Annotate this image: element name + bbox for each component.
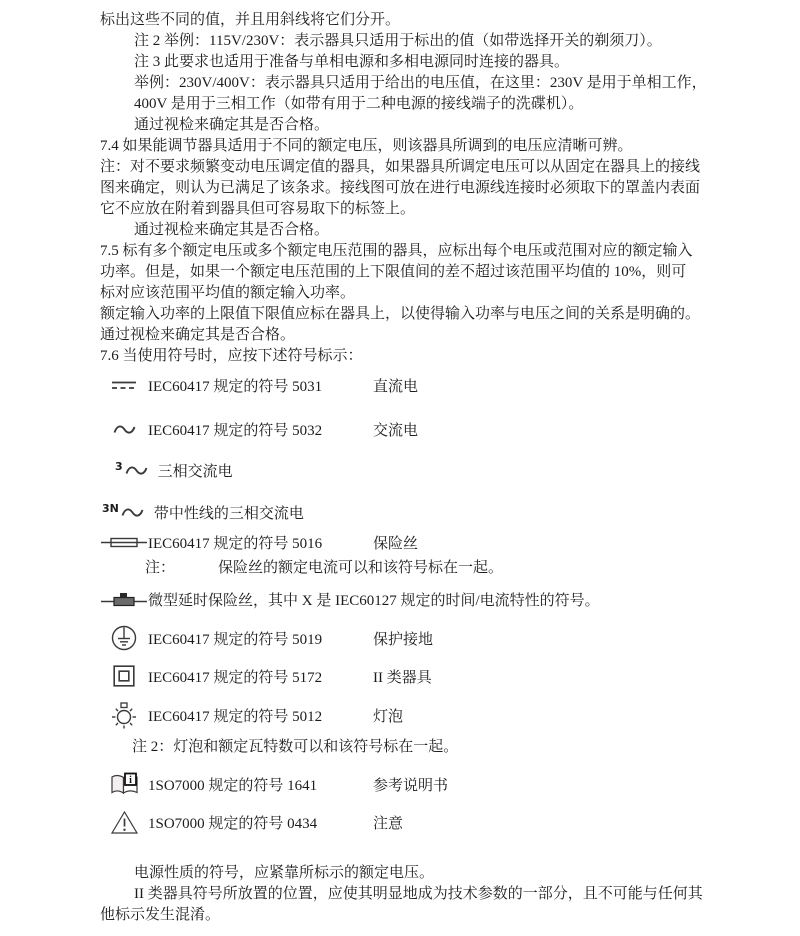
- symbol-label: IEC60417 规定的符号 5172: [148, 666, 322, 687]
- symbol-row-dc: IEC60417 规定的符号 5031 直流电: [100, 373, 724, 397]
- symbol-label: IEC60417 规定的符号 5031: [148, 375, 322, 396]
- symbol-label: 微型延时保险丝，其中 X 是 IEC60127 规定的时间/电流特性的符号。: [148, 589, 600, 610]
- symbol-meaning: 灯泡: [373, 705, 403, 726]
- text-line: 功率。但是，如果一个额定电压范围的上下限值间的差不超过该范围平均值的 10%，则…: [100, 262, 724, 283]
- instruction-book-symbol-icon: i: [100, 772, 148, 796]
- document-page: 标出这些不同的值，并且用斜线将它们分开。 注 2 举例：115V/230V：表示…: [0, 0, 800, 936]
- caution-symbol-icon: [100, 810, 148, 835]
- text-line: 通过视检来确定其是否合格。: [100, 325, 724, 346]
- three-phase-ac-icon: 3: [115, 464, 148, 477]
- text-line: II 类器具符号所放置的位置，应使其明显地成为技术参数的一部分，且不可能与任何其: [100, 884, 724, 905]
- symbol-meaning: II 类器具: [373, 666, 432, 687]
- note-text: 保险丝的额定电流可以和该符号标在一起。: [218, 558, 503, 579]
- text-line: 注 3 此要求也适用于准备与单相电源和多相电源同时连接的器具。: [100, 52, 724, 73]
- symbol-meaning: 直流电: [373, 375, 418, 396]
- time-delay-fuse-symbol-icon: [100, 591, 148, 608]
- svg-text:i: i: [129, 775, 132, 786]
- symbol-row-ac: IEC60417 规定的符号 5032 交流电: [100, 417, 724, 441]
- section-7-6-line: 7.6 当使用符号时，应按下述符号标示：: [100, 346, 724, 367]
- text-line: 电源性质的符号，应紧靠所标示的额定电压。: [100, 863, 724, 884]
- text-line: 注：对不要求频繁变动电压调定值的器具，如果器具所调定电压可以从固定在器具上的接线: [100, 157, 724, 178]
- body-text-block: 标出这些不同的值，并且用斜线将它们分开。 注 2 举例：115V/230V：表示…: [100, 10, 724, 367]
- symbol-row-caution: 1SO7000 规定的符号 0434 注意: [100, 810, 724, 835]
- symbol-row-fuse: IEC60417 规定的符号 5016 保险丝: [100, 530, 724, 554]
- symbol-list: IEC60417 规定的符号 5031 直流电 IEC60417 规定的符号 5…: [100, 373, 724, 835]
- symbol-row-lamp: IEC60417 规定的符号 5012 灯泡: [100, 701, 724, 729]
- text-line: 标对应该范围平均值的额定输入功率。: [100, 283, 724, 304]
- lamp-note: 注 2：灯泡和额定瓦特数可以和该符号标在一起。: [100, 737, 724, 758]
- text-line: 通过视检来确定其是否合格。: [100, 115, 724, 136]
- symbol-row-protective-earth: IEC60417 规定的符号 5019 保护接地: [100, 625, 724, 651]
- phase-prefix: 3: [115, 460, 123, 473]
- symbol-row-three-phase: 3 三相交流电: [100, 458, 724, 482]
- note-label: 注：: [145, 558, 218, 579]
- class-ii-symbol-icon: [100, 665, 148, 687]
- fuse-symbol-icon: [100, 536, 148, 549]
- symbol-meaning: 参考说明书: [373, 774, 448, 795]
- symbol-meaning: 保险丝: [373, 532, 418, 553]
- text-line: 图来确定，则认为已满足了该条求。接线图可放在进行电源线连接时必须取下的罩盖内表面: [100, 178, 724, 199]
- text-line: 通过视检来确定其是否合格。: [100, 220, 724, 241]
- symbol-label: IEC60417 规定的符号 5019: [148, 628, 322, 649]
- text-line: 他标示发生混淆。: [100, 905, 724, 926]
- symbol-row-class-ii: IEC60417 规定的符号 5172 II 类器具: [100, 663, 724, 689]
- symbol-meaning: 注意: [373, 812, 403, 833]
- symbol-row-time-delay-fuse: 微型延时保险丝，其中 X 是 IEC60127 规定的时间/电流特性的符号。: [100, 589, 724, 610]
- symbol-row-instruction-book: i 1SO7000 规定的符号 1641 参考说明书: [100, 772, 724, 796]
- text-line: 标出这些不同的值，并且用斜线将它们分开。: [100, 10, 724, 31]
- dc-symbol-icon: [100, 379, 148, 391]
- text-line: 它不应放在附着到器具但可容易取下的标签上。: [100, 199, 724, 220]
- symbol-label: 1SO7000 规定的符号 1641: [148, 774, 317, 795]
- text-line: 400V 是用于三相工作（如带有用于二种电源的接线端子的洗碟机）。: [100, 94, 724, 115]
- text-line: 举例：230V/400V：表示器具只适用于给出的电压值，在这里：230V 是用于…: [100, 73, 724, 94]
- ac-symbol-icon: [100, 423, 148, 436]
- symbol-label: IEC60417 规定的符号 5016: [148, 532, 322, 553]
- three-phase-ac-neutral-icon: 3N: [102, 506, 144, 519]
- symbol-label: IEC60417 规定的符号 5032: [148, 419, 322, 440]
- text-line: 额定输入功率的上限值下限值应标在器具上，以使得输入功率与电压之间的关系是明确的。: [100, 304, 724, 325]
- symbol-meaning: 交流电: [373, 419, 418, 440]
- section-7-4-line: 7.4 如果能调节器具适用于不同的额定电压，则该器具所调到的电压应清晰可辨。: [100, 136, 724, 157]
- symbol-label: 1SO7000 规定的符号 0434: [148, 812, 317, 833]
- closing-text-block: 电源性质的符号，应紧靠所标示的额定电压。 II 类器具符号所放置的位置，应使其明…: [100, 863, 724, 926]
- protective-earth-symbol-icon: [100, 625, 148, 651]
- symbol-row-three-phase-neutral: 3N 带中性线的三相交流电: [100, 500, 724, 524]
- symbol-meaning: 保护接地: [373, 628, 433, 649]
- lamp-symbol-icon: [100, 701, 148, 729]
- text-line: 注 2 举例：115V/230V：表示器具只适用于标出的值（如带选择开关的剃须刀…: [100, 31, 724, 52]
- fuse-note: 注： 保险丝的额定电流可以和该符号标在一起。: [100, 558, 724, 579]
- symbol-label: IEC60417 规定的符号 5012: [148, 705, 322, 726]
- symbol-label: 带中性线的三相交流电: [154, 502, 304, 523]
- symbol-label: 三相交流电: [158, 460, 233, 481]
- phase-prefix: 3N: [102, 502, 119, 515]
- section-7-5-line: 7.5 标有多个额定电压或多个额定电压范围的器具，应标出每个电压或范围对应的额定…: [100, 241, 724, 262]
